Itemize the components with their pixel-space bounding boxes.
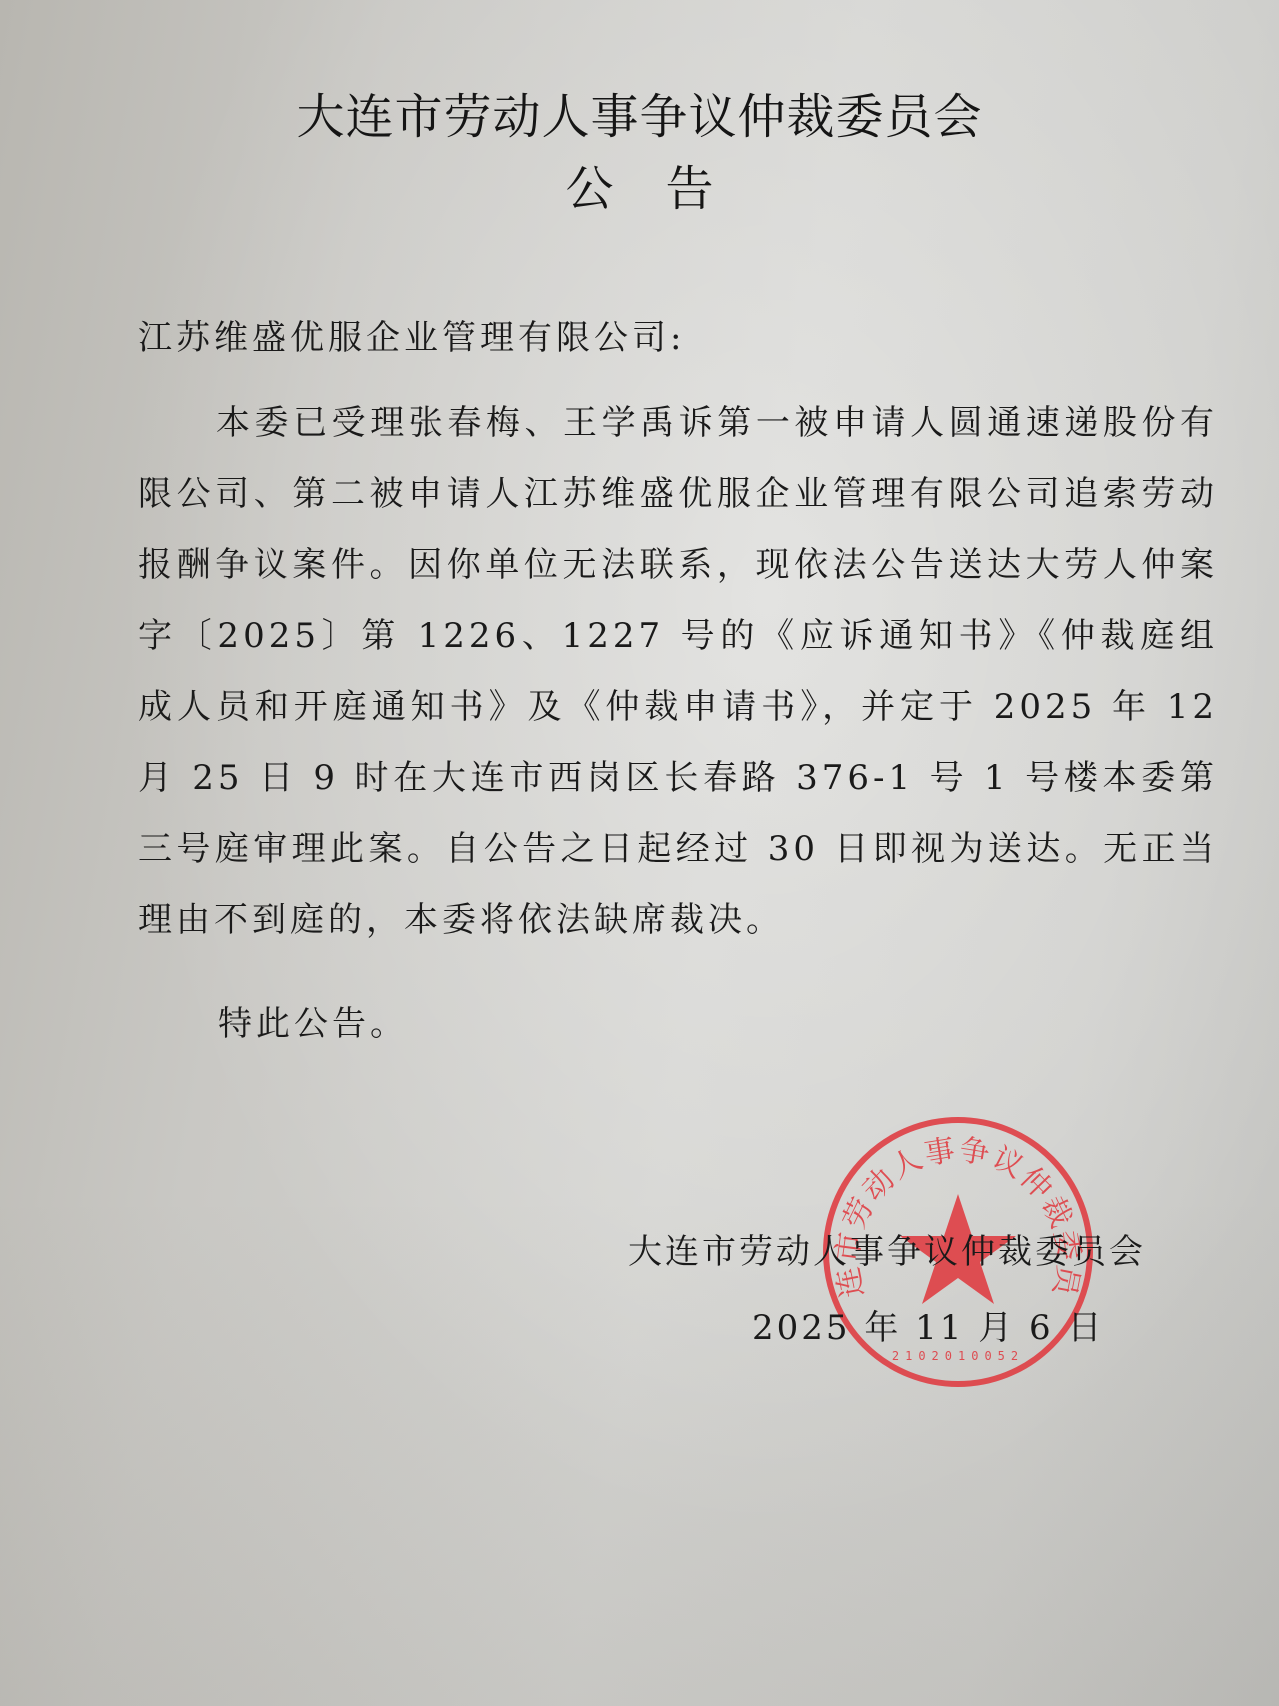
document-title: 大连市劳动人事争议仲裁委员会 xyxy=(0,78,1279,147)
notice-body: 本委已受理张春梅、王学禹诉第一被申请人圆通速递股份有限公司、第二被申请人江苏维盛… xyxy=(138,388,1218,956)
signer: 大连市劳动人事争议仲裁委员会 xyxy=(628,1224,1146,1273)
seal-code: 2102010052 xyxy=(892,1349,1024,1363)
issue-date: 2025 年 11 月 6 日 xyxy=(752,1300,1104,1349)
document-subtitle: 公告 xyxy=(0,150,1279,219)
closing-line: 特此公告。 xyxy=(218,996,408,1045)
addressee: 江苏维盛优服企业管理有限公司: xyxy=(138,310,685,359)
